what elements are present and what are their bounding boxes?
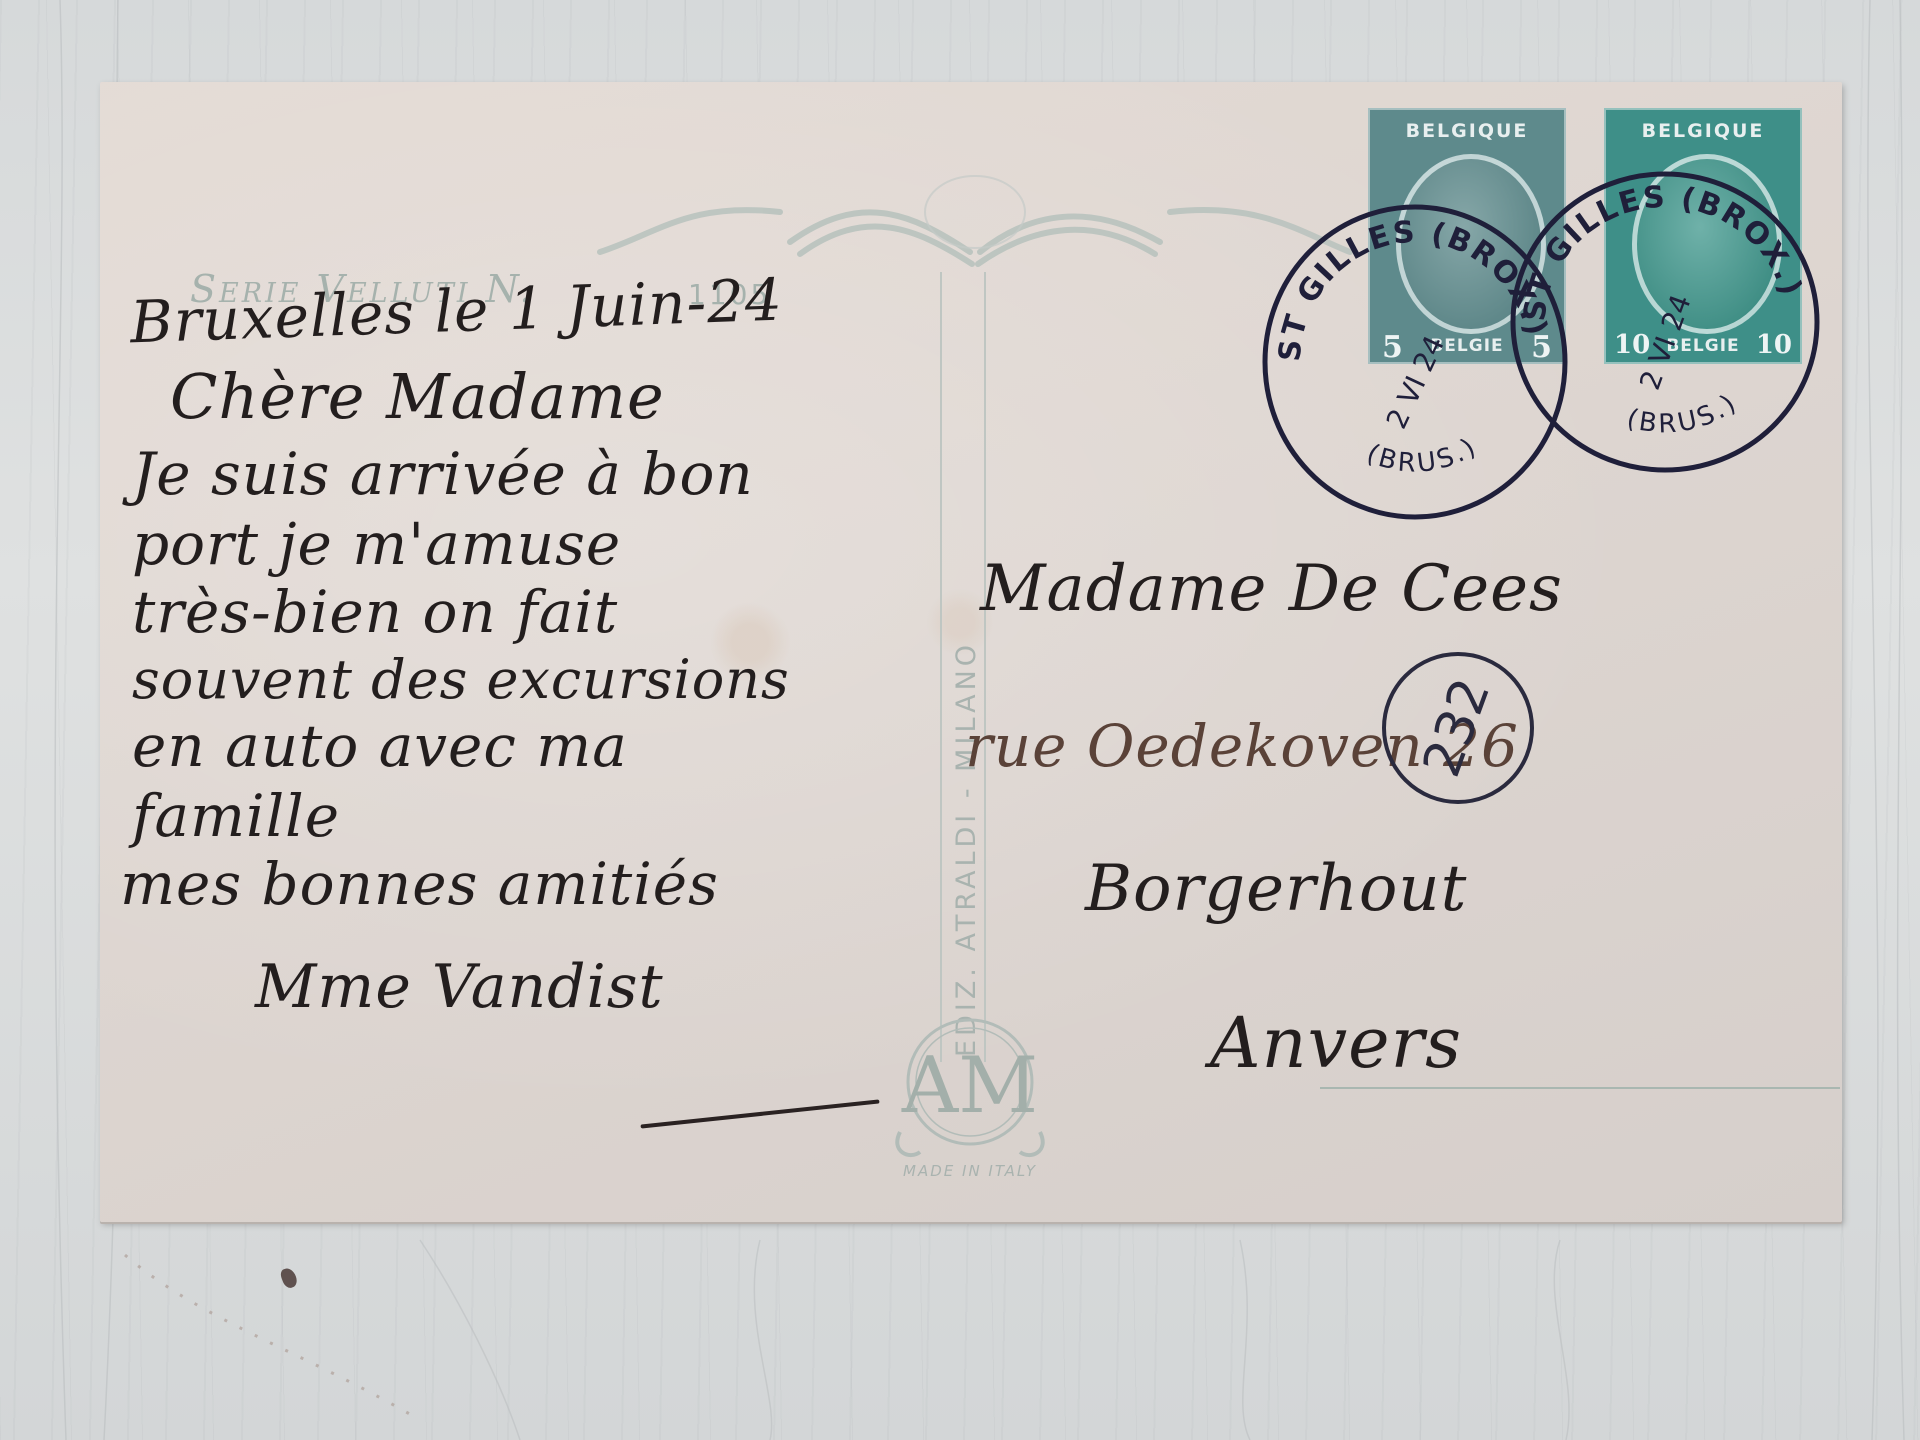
svg-text:(BRUS.): (BRUS.) [1362,431,1483,479]
message-line: Je suis arrivée à bon [132,440,754,508]
address-city: Anvers [1210,1002,1462,1084]
svg-text:232: 232 [1412,671,1502,785]
svg-text:ST GILLES (BROX.) ST GILLIS: ST GILLES (BROX.) ST GILLIS [1500,162,1811,323]
address-rule-line [1320,1087,1840,1089]
address-district: Borgerhout [1085,852,1467,926]
postmark-cancel-right: ST GILLES (BROX.) ST GILLIS (BRUS.) 2 VI… [1500,162,1830,482]
message-line-greeting: Chère Madame [170,360,665,433]
made-in-italy-label: MADE IN ITALY [870,1162,1070,1180]
postcard: Serie Velluti N. 1105 EDIZ. ATRALDI - MI… [100,82,1842,1222]
stamp-country: BELGIQUE [1396,120,1538,142]
svg-text:(BRUS.): (BRUS.) [1623,387,1744,439]
signature: Mme Vandist [255,952,664,1022]
svg-text:AM: AM [901,1041,1038,1131]
address-recipient: Madame De Cees [980,552,1563,626]
message-line: en auto avec ma [132,712,628,780]
printed-ornament-flourish [580,172,1370,282]
message-line-closing: mes bonnes amitiés [120,850,719,918]
publisher-monogram-logo: AM [890,1012,1050,1162]
signature-underline [640,1099,879,1128]
message-line: port je m'amuse [132,510,621,578]
route-number-stamp: 232 [1378,648,1538,808]
stamp-country: BELGIQUE [1632,120,1774,142]
message-line: souvent des excursions [132,648,790,711]
debris-speck [279,1266,299,1290]
svg-text:2 VI 24: 2 VI 24 [1380,331,1452,434]
svg-text:2 VI 24: 2 VI 24 [1633,290,1698,394]
publisher-imprint: EDIZ. ATRALDI - MILANO [951,641,982,1057]
message-line: famille [132,782,340,850]
message-line: très-bien on fait [132,578,618,646]
